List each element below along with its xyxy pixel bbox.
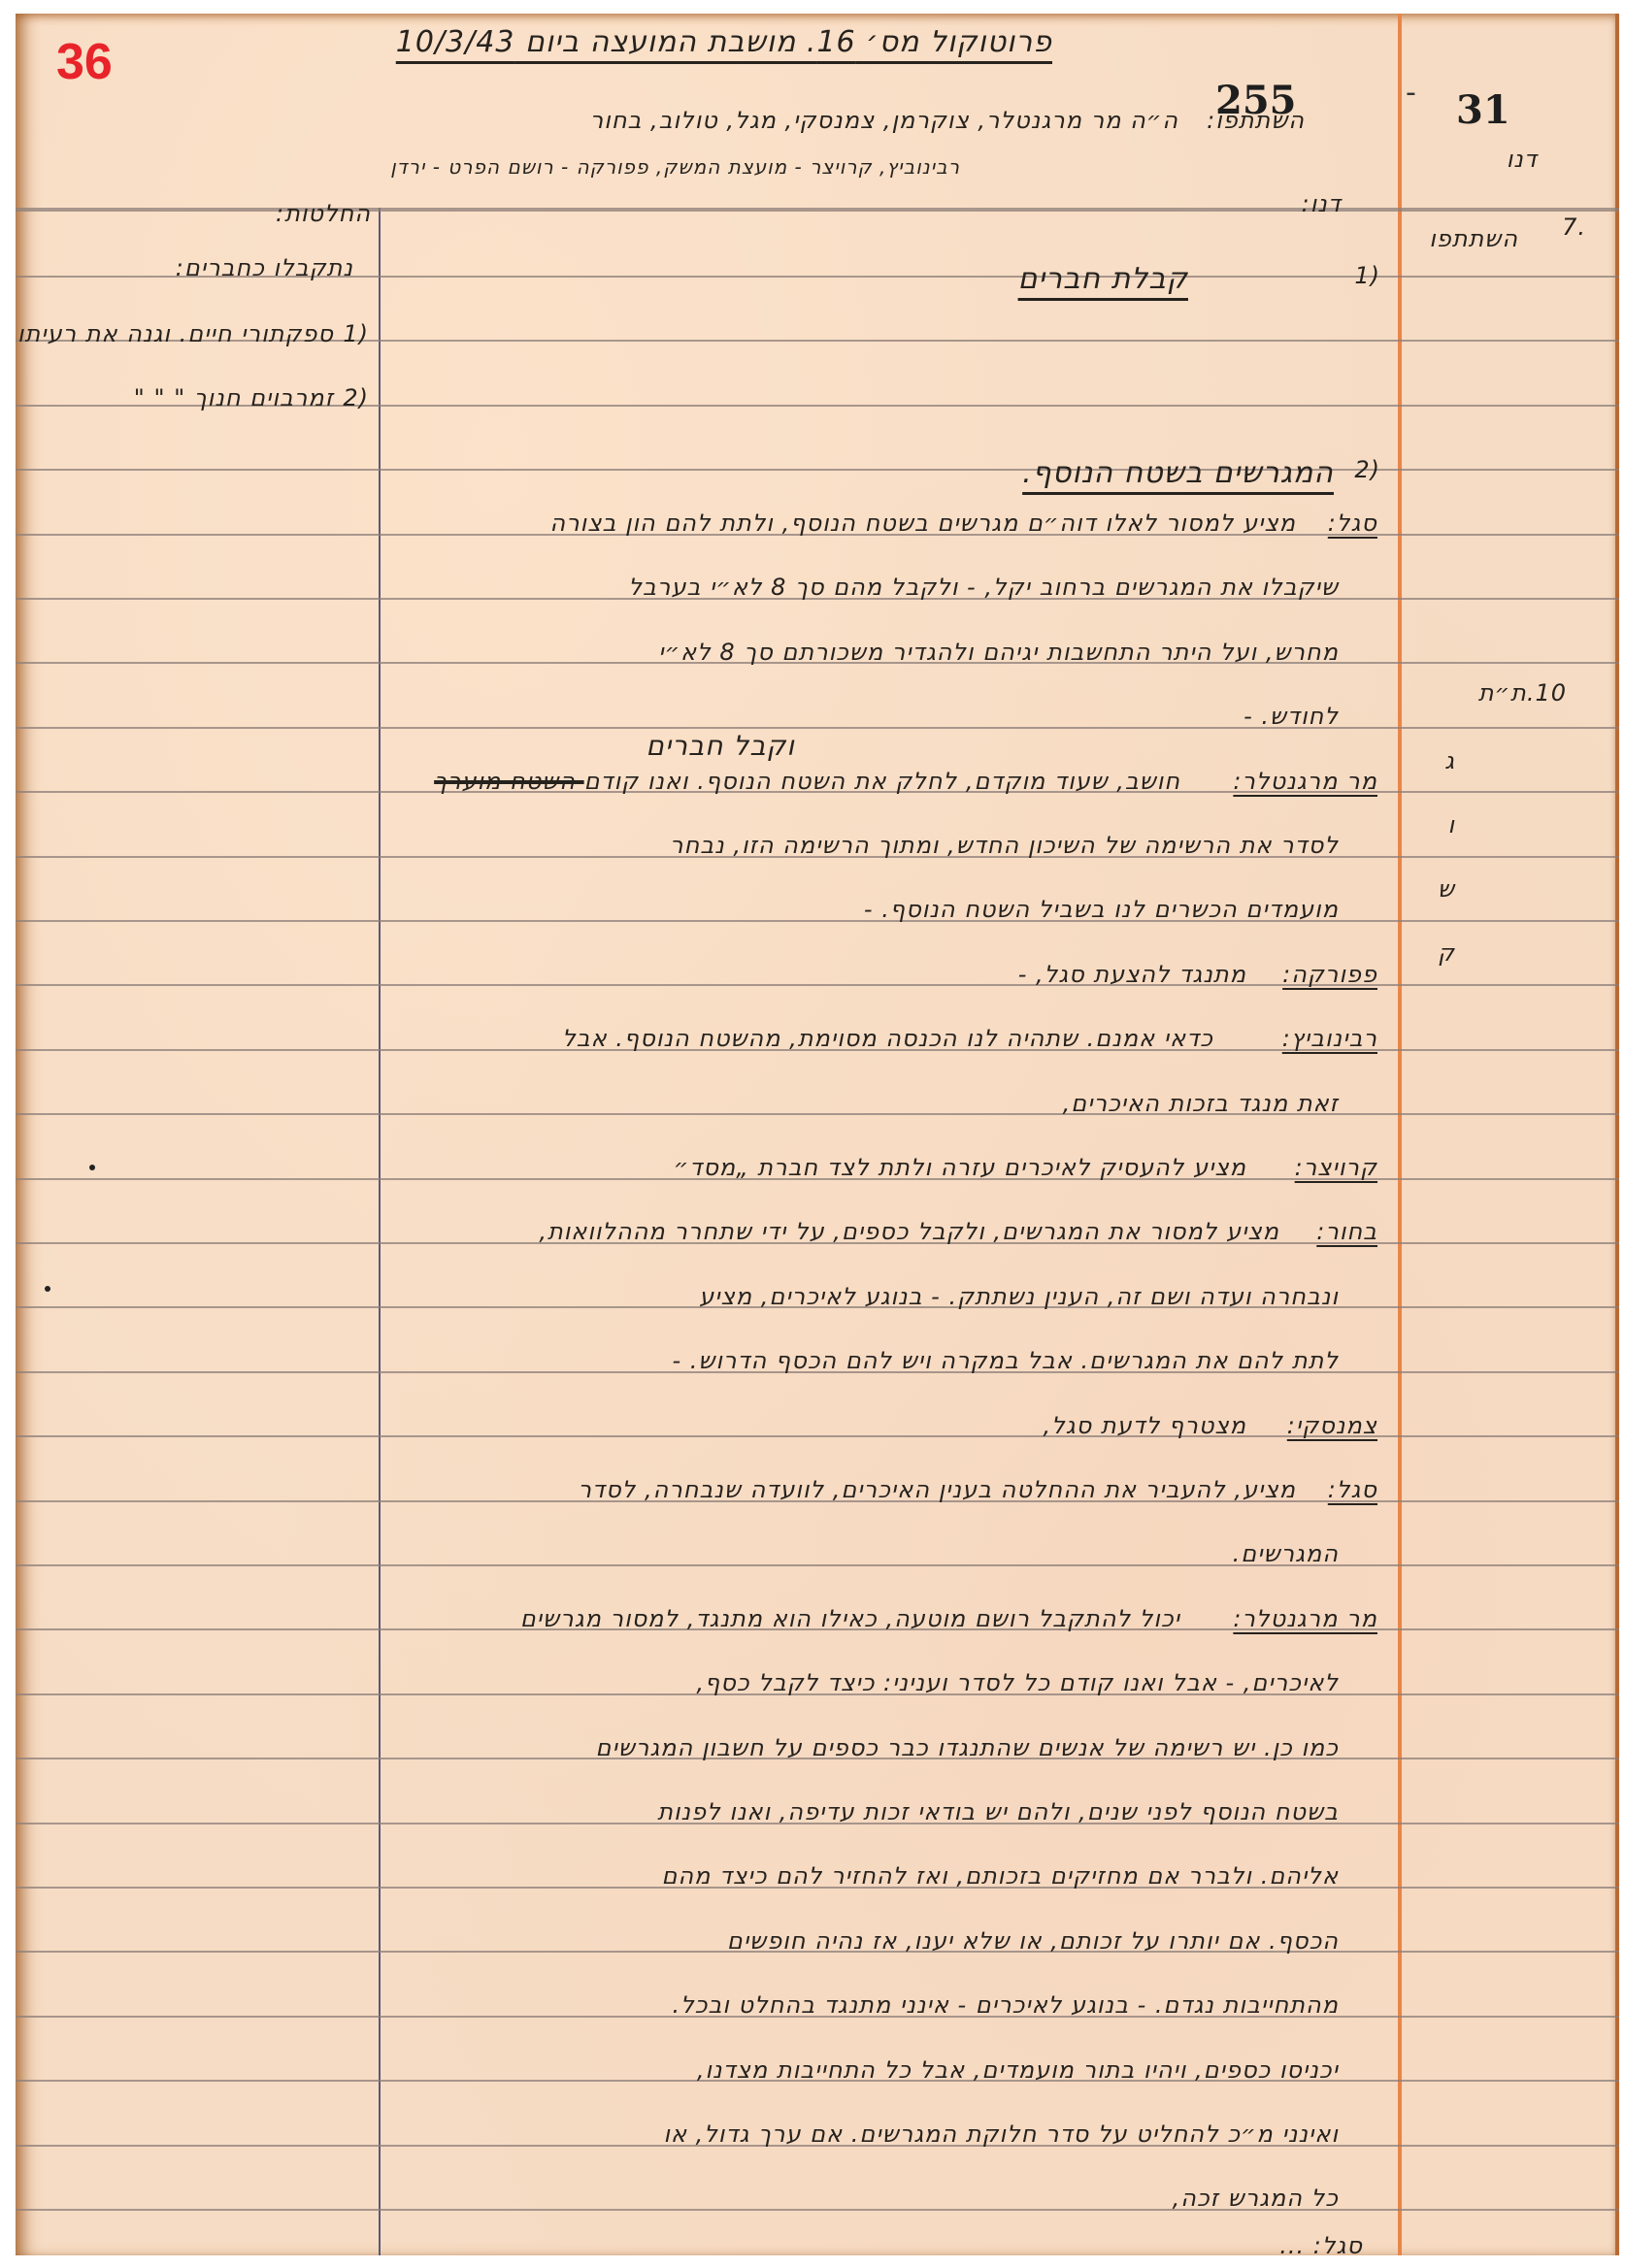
- minutes-line: כדאי אמנם. שתהיה לנו הכנסה מסוימת, מהשטח…: [562, 1025, 1213, 1052]
- participants-label-text: השתתפו:: [1207, 107, 1305, 134]
- page-edge: [1615, 14, 1619, 2255]
- ruled-line: [16, 1113, 1619, 1115]
- orange-margin-rule: [1398, 14, 1402, 2255]
- speaker-label: סגל:: [1328, 1476, 1377, 1503]
- insert-note: וקבל חברים: [646, 730, 795, 762]
- strip-agenda-label: דנו: [1507, 146, 1538, 173]
- ruled-line: [16, 984, 1619, 986]
- ruled-line: [16, 1564, 1619, 1566]
- struck-text: השטח מוערך: [434, 768, 583, 795]
- agenda-title: המגרשים בשטח הנוסף.: [1022, 456, 1334, 490]
- minutes-line: מחרש, ועל היתר התחשבות יגיהם ולהגדיר משכ…: [658, 639, 1339, 666]
- minutes-line: כל המגרש זכה,: [1173, 2185, 1339, 2212]
- cut-off-line: סגל: ...: [1279, 2232, 1363, 2259]
- speaker-label: בחור:: [1316, 1218, 1377, 1245]
- decision-number: 2): [343, 384, 369, 411]
- minutes-line: מהתחייבות נגדם. - בנוגע לאיכרים - אינני …: [673, 1991, 1340, 2019]
- minutes-line: בשטח הנוסף לפני שנים, ולהם יש בודאי זכות…: [657, 1798, 1339, 1825]
- minutes-line: שיקבלו את המגרשים ברחוב יקל, - ולקבל מהם…: [628, 574, 1339, 601]
- speaker-label: פפורקה:: [1282, 961, 1377, 988]
- decision-item: ספקתורי חיים. וגנה את רעיתו: [17, 320, 334, 347]
- ruled-line: [16, 920, 1619, 922]
- minutes-line: מציע למסור את המגרשים, ולקבל כספים, על י…: [539, 1218, 1279, 1245]
- strip-date-note: 10.ת״ת: [1478, 679, 1567, 707]
- agenda-label: דנו:: [1302, 190, 1342, 217]
- minutes-line: יכניסו כספים, ויהיו בתור מועמדים, אבל כל…: [697, 2056, 1339, 2084]
- ruled-line: [16, 1435, 1619, 1437]
- agenda-title: קבלת חברים: [1018, 262, 1188, 296]
- participants-line-2: רבינוביץ, קרויצר - מועצת המשק, פפורקה - …: [390, 155, 960, 179]
- speaker-label: רבינוביץ:: [1282, 1025, 1377, 1052]
- margin-rule: [379, 208, 381, 2255]
- minutes-line: המגרשים.: [1233, 1540, 1339, 1567]
- speaker-label: מר מרגנטלר:: [1233, 1605, 1377, 1632]
- ruled-line: [16, 727, 1619, 729]
- minutes-line: חושב, שעוד מוקדם, לחלק את השטח הנוסף. וא…: [434, 768, 1180, 795]
- minutes-line: ונבחרה ועדה ושם זה, הענין נשתתק. - בנוגע…: [699, 1283, 1339, 1310]
- minutes-line: ואינני מ״כ להחליט על סדר חלוקת המגרשים. …: [663, 2120, 1339, 2148]
- ledger-page: [16, 14, 1619, 2255]
- archive-badge: 36: [56, 33, 113, 91]
- decisions-heading: נתקבלו כחברים:: [176, 254, 353, 281]
- minutes-line: מתנגד להצעת סגל, -: [1018, 961, 1246, 988]
- decision-number: 1): [343, 320, 369, 347]
- strip-letter: ו: [1447, 811, 1455, 838]
- minutes-line: מציע, להעביר את ההחלטה בענין האיכרים, לו…: [578, 1476, 1296, 1503]
- speaker-label: קרויצר:: [1295, 1154, 1377, 1181]
- ink-dot: [89, 1165, 95, 1170]
- minutes-line: לאיכרים, - אבל ואנו קודם כל לסדר ועניני:…: [696, 1669, 1339, 1696]
- minutes-line: לתת להם את המגרשים. אבל במקרה ויש להם הכ…: [673, 1347, 1339, 1374]
- ink-dot: [45, 1286, 50, 1292]
- ledger-number: 31: [1456, 87, 1510, 133]
- speaker-label: צמנסקי:: [1287, 1412, 1377, 1439]
- strip-letter: ג: [1444, 747, 1455, 774]
- decision-item: זמרבוים חנוך " " ": [134, 384, 334, 411]
- minutes-line: הכסף. אם יותרו על זכותם, או שלא יענו, אז…: [727, 1927, 1339, 1955]
- participants-line-1: ה״ה מר מרגנטלר, צוקרמן, צמנסקי, מגל, טול…: [590, 107, 1178, 134]
- minutes-line: מציע להעסיק לאיכרים עזרה ולתת לצד חברת „…: [674, 1154, 1246, 1181]
- strip-number-mark: 7.: [1562, 214, 1586, 241]
- participants-label: השתתפו:: [1207, 107, 1305, 134]
- minutes-line: כמו כן. יש רשימה של אנשים שהתנגדו כבר כס…: [596, 1734, 1339, 1761]
- minutes-line: אליהם. ולברר אם מחזיקים בזכותם, ואז להחז…: [662, 1862, 1339, 1890]
- protocol-title: פרוטוקול מס׳ 16. מושבת המועצה ביום 10/3/…: [396, 25, 1052, 59]
- minutes-line: יכול להתקבל רושם מוטעה, כאילו הוא מתנגד,…: [520, 1605, 1180, 1632]
- agenda-number: 2): [1354, 456, 1380, 483]
- strip-letter: ש: [1438, 875, 1455, 903]
- ruled-line: [16, 210, 1619, 212]
- speaker-label: מר מרגנטלר:: [1233, 768, 1377, 795]
- decisions-label: החלטות:: [276, 200, 371, 227]
- dash-mark: -: [1406, 76, 1416, 110]
- minutes-line: מציע למסור לאלו דוה״ם מגרשים בשטח הנוסף,…: [549, 509, 1296, 537]
- minutes-line: לחודש. -: [1244, 703, 1339, 730]
- ruled-line: [16, 2209, 1619, 2211]
- strip-participants-label: השתתפו: [1429, 225, 1518, 252]
- speaker-label: סגל:: [1328, 509, 1377, 537]
- minutes-line: זאת מנגד בזכות האיכרים,: [1063, 1090, 1339, 1117]
- minutes-line: מועמדים הכשרים לנו בשביל השטח הנוסף. -: [864, 896, 1339, 923]
- strip-letter: ק: [1438, 939, 1455, 967]
- minutes-line: לסדר את הרשימה של השיכון החדש, ומתוך הרש…: [670, 832, 1339, 859]
- minutes-line: מצטרף לדעת סגל,: [1043, 1412, 1246, 1439]
- agenda-number: 1): [1354, 262, 1380, 289]
